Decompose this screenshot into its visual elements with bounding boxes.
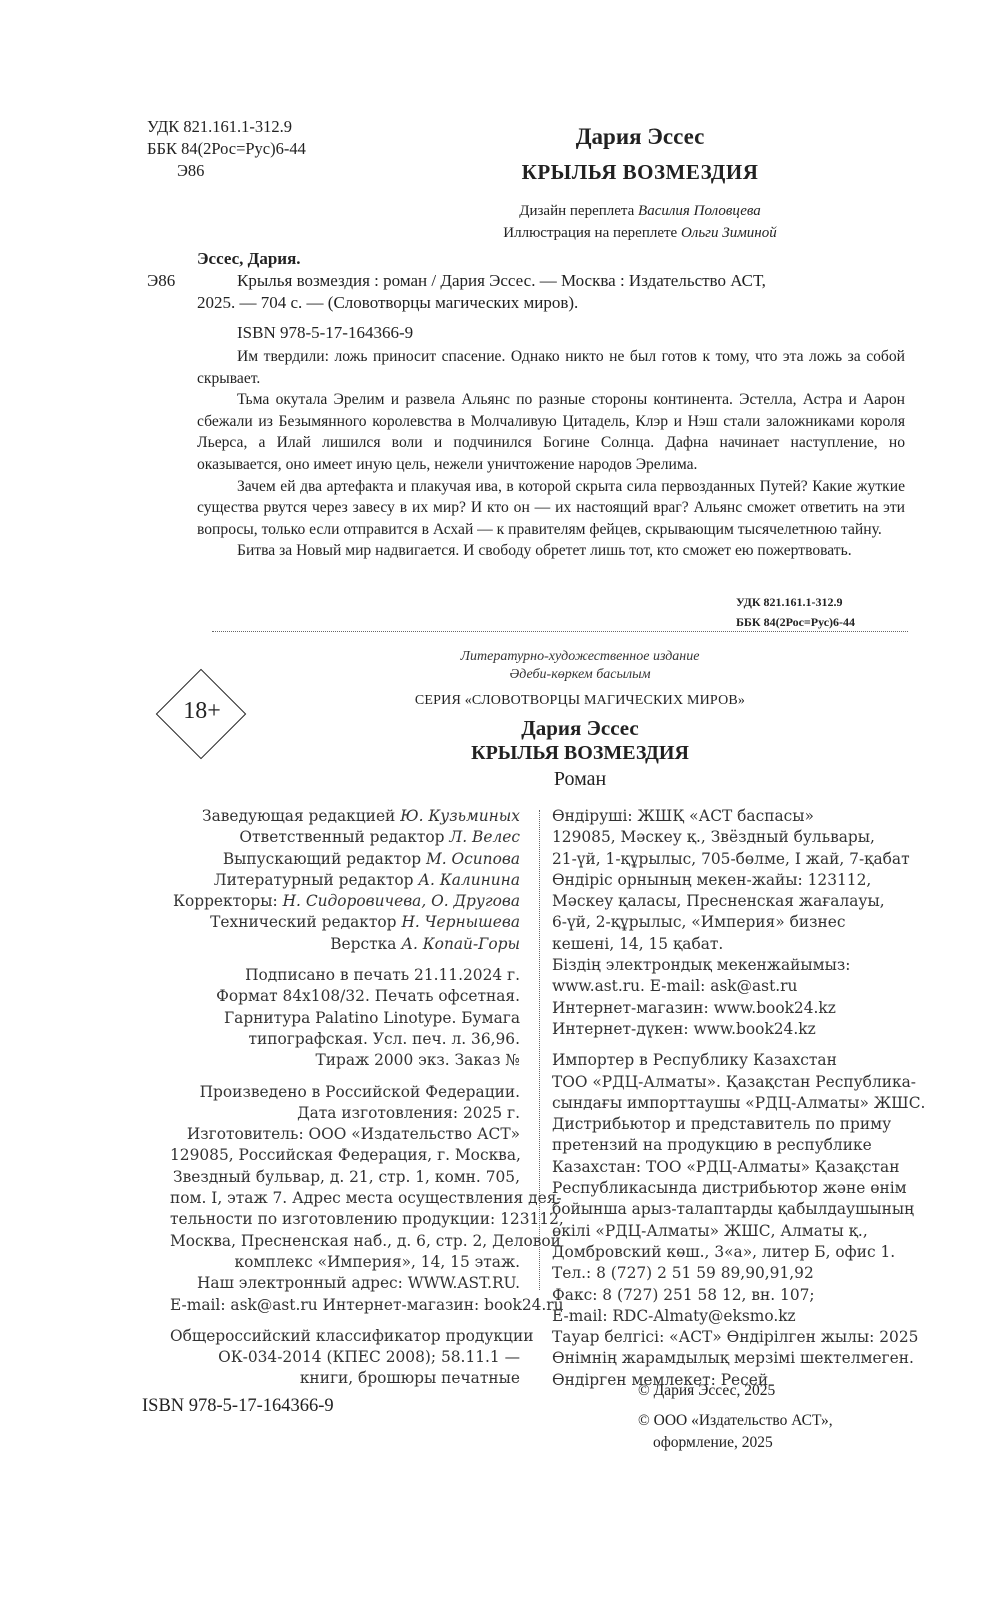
kz-info-line: Интернет-дүкен: www.book24.kz	[552, 1019, 912, 1040]
staff-name: Н. Чернышева	[401, 913, 520, 931]
kz-info-line: 21-үй, 1-құрылыс, 705-бөлме, I жай, 7-қа…	[552, 849, 912, 870]
cover-credits: Дизайн переплета Василия Половцева Иллюс…	[380, 200, 900, 244]
kz-manufacturer-info: Өндіруші: ЖШҚ «АСТ баспасы»129085, Мәске…	[552, 806, 912, 1040]
staff-role: Литературный редактор	[214, 871, 419, 889]
staff-name: А. Копай-Горы	[401, 935, 520, 953]
staff-name: М. Осипова	[426, 850, 520, 868]
staff-line: Корректоры: Н. Сидоровичева, О. Другова	[170, 891, 520, 912]
print-info-line: Формат 84х108/32. Печать офсетная.	[170, 986, 520, 1007]
staff-role: Выпускающий редактор	[223, 850, 426, 868]
kz-info-line: Мәскеу қаласы, Пресненская жағалауы,	[552, 891, 912, 912]
kz-info-line: кешені, 14, 15 қабат.	[552, 934, 912, 955]
bbk-code: ББК 84(2Рос=Рус)6-44	[147, 138, 306, 160]
staff-name: Л. Велес	[449, 828, 520, 846]
biblio-description-cont: 2025. — 704 с. — (Словотворцы магических…	[147, 292, 907, 314]
manufacturer-line: Произведено в Российской Федерации.	[170, 1082, 520, 1103]
classifier-info: Общероссийский классификатор продукцииОК…	[170, 1326, 520, 1390]
staff-list: Заведующая редакцией Ю. КузьминыхОтветст…	[170, 806, 520, 955]
annotation-paragraph: Зачем ей два артефакта и плакучая ива, в…	[197, 476, 905, 541]
book-title: КРЫЛЬЯ ВОЗМЕЗДИЯ	[430, 160, 850, 185]
copyright-publisher-cont: оформление, 2025	[638, 1432, 833, 1454]
kz-info-line: 6-үй, 2-құрылыс, «Империя» бизнес	[552, 912, 912, 933]
kz-info-line: 129085, Мәскеу қ., Звёздный бульвары,	[552, 827, 912, 848]
annotation: Им твердили: ложь приносит спасение. Одн…	[197, 346, 905, 562]
staff-line: Технический редактор Н. Чернышева	[170, 912, 520, 933]
imprint-left-column: Заведующая редакцией Ю. КузьминыхОтветст…	[170, 806, 520, 1400]
edition-type-ru: Литературно-художественное издание	[330, 648, 830, 666]
classifier-line: Общероссийский классификатор продукции	[170, 1326, 520, 1347]
importer-line: E-mail: RDC-Almaty@eksmo.kz	[552, 1306, 912, 1327]
kz-info-line: Өндіруші: ЖШҚ «АСТ баспасы»	[552, 806, 912, 827]
manufacturer-line: пом. I, этаж 7. Адрес места осуществлени…	[170, 1188, 520, 1209]
manufacturer-line: Звездный бульвар, д. 21, стр. 1, комн. 7…	[170, 1167, 520, 1188]
importer-line: Өнімнің жарамдылық мерзімі шектелмеген.	[552, 1348, 912, 1369]
annotation-classification: УДК 821.161.1-312.9 ББК 84(2Рос=Рус)6-44	[736, 592, 855, 632]
annotation-paragraph: Им твердили: ложь приносит спасение. Одн…	[197, 346, 905, 389]
kz-info-line: www.ast.ru. E-mail: ask@ast.ru	[552, 976, 912, 997]
kz-info-line: Біздің электрондық мекенжайымыз:	[552, 955, 912, 976]
imprint-right-column: Өндіруші: ЖШҚ «АСТ баспасы»129085, Мәске…	[552, 806, 912, 1401]
bibliographic-record: Эссес, Дария. Э86 Крылья возмездия : ром…	[147, 248, 907, 344]
manufacturer-line: тельности по изготовлению продукции: 123…	[170, 1209, 520, 1230]
biblio-author: Эссес, Дария.	[147, 248, 907, 270]
manufacturer-line: E-mail: ask@ast.ru Интернет-магазин: boo…	[170, 1295, 520, 1316]
annotation-paragraph: Битва за Новый мир надвигается. И свобод…	[197, 540, 905, 562]
importer-line: Дистрибьютор и представитель по приму	[552, 1114, 912, 1135]
manufacturer-line: 129085, Российская Федерация, г. Москва,	[170, 1145, 520, 1166]
print-info-line: Тираж 2000 экз. Заказ №	[170, 1050, 520, 1071]
print-info-line: типографская. Усл. печ. л. 36,96.	[170, 1029, 520, 1050]
importer-line: бойынша арыз-талаптарды қабылдаушының	[552, 1199, 912, 1220]
manufacturer-info: Произведено в Российской Федерации.Дата …	[170, 1082, 520, 1316]
biblio-description: Крылья возмездия : роман / Дария Эссес. …	[147, 270, 907, 292]
importer-info: Импортер в Республику КазахстанТОО «РДЦ-…	[552, 1050, 912, 1391]
manufacturer-line: комплекс «Империя», 14, 15 этаж.	[170, 1252, 520, 1273]
importer-line: ТОО «РДЦ-Алматы». Қазақстан Республика-	[552, 1072, 912, 1093]
importer-line: өкілі «РДЦ-Алматы» ЖШС, Алматы қ.,	[552, 1221, 912, 1242]
age-rating: 18+	[160, 698, 244, 725]
staff-role: Заведующая редакцией	[202, 807, 400, 825]
importer-line: Факс: 8 (727) 251 58 12, вн. 107;	[552, 1285, 912, 1306]
copyright-publisher: © ООО «Издательство АСТ»,	[638, 1410, 833, 1432]
kz-info-line: Интернет-магазин: www.book24.kz	[552, 998, 912, 1019]
print-info-line: Гарнитура Palatino Linotype. Бумага	[170, 1008, 520, 1029]
importer-line: Тел.: 8 (727) 2 51 59 89,90,91,92	[552, 1263, 912, 1284]
staff-line: Литературный редактор А. Калинина	[170, 870, 520, 891]
annotation-paragraph: Тьма окутала Эрелим и развела Альянс по …	[197, 389, 905, 475]
classifier-line: ОК-034-2014 (КПЕС 2008); 58.11.1 —	[170, 1347, 520, 1368]
importer-line: Республикасында дистрибьютор және өнім	[552, 1178, 912, 1199]
edition-type-kz: Әдеби-көркем басылым	[330, 666, 830, 684]
importer-line: Импортер в Республику Казахстан	[552, 1050, 912, 1071]
staff-role: Верстка	[330, 935, 401, 953]
author-name: Дария Эссес	[430, 124, 850, 150]
column-divider	[539, 810, 540, 1290]
staff-role: Ответственный редактор	[239, 828, 449, 846]
cover-design-credit: Дизайн переплета Василия Половцева	[380, 200, 900, 222]
classification-codes: УДК 821.161.1-312.9 ББК 84(2Рос=Рус)6-44…	[147, 116, 306, 182]
manufacturer-line: Дата изготовления: 2025 г.	[170, 1103, 520, 1124]
staff-name: Н. Сидоровичева, О. Другова	[283, 892, 520, 910]
print-info: Подписано в печать 21.11.2024 г.Формат 8…	[170, 965, 520, 1071]
importer-line: претензий на продукцию в республике	[552, 1135, 912, 1156]
footer-isbn: ISBN 978-5-17-164366-9	[142, 1396, 334, 1417]
udk-code: УДК 821.161.1-312.9	[736, 592, 855, 612]
manufacturer-line: Изготовитель: ООО «Издательство АСТ»	[170, 1124, 520, 1145]
staff-role: Технический редактор	[210, 913, 401, 931]
udk-code: УДК 821.161.1-312.9	[147, 116, 306, 138]
classifier-line: книги, брошюры печатные	[170, 1368, 520, 1389]
series-name: СЕРИЯ «СЛОВОТВОРЦЫ МАГИЧЕСКИХ МИРОВ»	[330, 693, 830, 709]
manufacturer-line: Москва, Пресненская наб., д. 6, стр. 2, …	[170, 1231, 520, 1252]
importer-line: Тауар белгісі: «АСТ» Өндірілген жылы: 20…	[552, 1327, 912, 1348]
staff-role: Корректоры:	[173, 892, 283, 910]
staff-line: Заведующая редакцией Ю. Кузьминых	[170, 806, 520, 827]
staff-line: Ответственный редактор Л. Велес	[170, 827, 520, 848]
kz-info-line: Өндіріс орнының мекен-жайы: 123112,	[552, 870, 912, 891]
staff-name: А. Калинина	[418, 871, 520, 889]
cut-line-divider	[212, 631, 908, 632]
imprint-author: Дария Эссес	[330, 716, 830, 741]
staff-line: Верстка А. Копай-Горы	[170, 934, 520, 955]
copyright-block: © Дария Эссес, 2025 © ООО «Издательство …	[638, 1380, 833, 1454]
biblio-code: Э86	[147, 270, 175, 292]
copyright-author: © Дария Эссес, 2025	[638, 1380, 833, 1402]
imprint-genre: Роман	[330, 768, 830, 791]
importer-line: сындағы импорттаушы «РДЦ-Алматы» ЖШС.	[552, 1093, 912, 1114]
imprint-title: КРЫЛЬЯ ВОЗМЕЗДИЯ	[330, 742, 830, 765]
biblio-isbn: ISBN 978-5-17-164366-9	[147, 322, 907, 344]
staff-name: Ю. Кузьминых	[400, 807, 520, 825]
print-info-line: Подписано в печать 21.11.2024 г.	[170, 965, 520, 986]
importer-line: Казахстан: ТОО «РДЦ-Алматы» Қазақстан	[552, 1157, 912, 1178]
edition-type: Литературно-художественное издание Әдеби…	[330, 648, 830, 684]
bbk-code: ББК 84(2Рос=Рус)6-44	[736, 612, 855, 632]
importer-line: Домбровский көш., 3«а», литер Б, офис 1.	[552, 1242, 912, 1263]
author-sign: Э86	[147, 160, 306, 182]
staff-line: Выпускающий редактор М. Осипова	[170, 849, 520, 870]
manufacturer-line: Наш электронный адрес: WWW.AST.RU.	[170, 1273, 520, 1294]
cover-illustration-credit: Иллюстрация на переплете Ольги Зиминой	[380, 222, 900, 244]
